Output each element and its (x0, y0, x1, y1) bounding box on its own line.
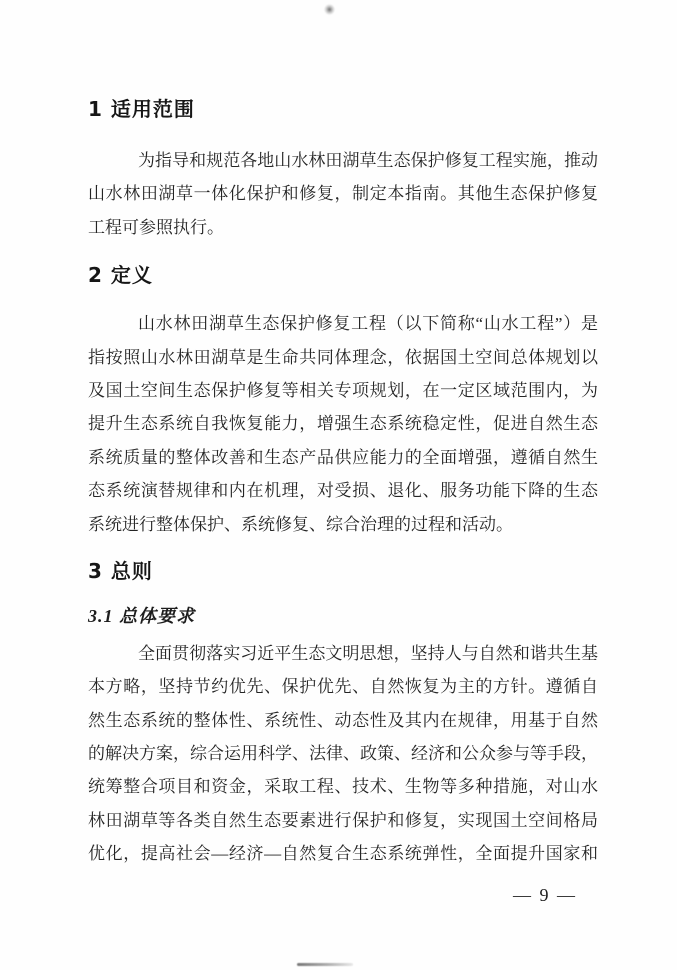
section-3-1-heading: 3.1 总体要求 (88, 603, 598, 629)
section-1-paragraph: 为指导和规范各地山水林田湖草生态保护修复工程实施，推动 山水林田湖草一体化保护和… (88, 144, 598, 244)
text-line: 统筹整合项目和资金，采取工程、技术、生物等多种措施，对山水 (88, 770, 598, 803)
section-1-heading: 1 适用范围 (88, 96, 598, 122)
text-line: 指按照山水林田湖草是生命共同体理念，依据国土空间总体规划以 (88, 341, 598, 374)
document-content: 1 适用范围 为指导和规范各地山水林田湖草生态保护修复工程实施，推动 山水林田湖… (88, 0, 598, 871)
text-line: 山水林田湖草生态保护修复工程（以下简称“山水工程”）是 (88, 307, 598, 340)
text-line: 优化，提高社会—经济—自然复合生态系统弹性，全面提升国家和 (88, 837, 598, 870)
text-line: 系统进行整体保护、系统修复、综合治理的过程和活动。 (88, 508, 598, 541)
text-line: 林田湖草等各类自然生态要素进行保护和修复，实现国土空间格局 (88, 804, 598, 837)
text-line: 及国土空间生态保护修复等相关专项规划，在一定区域范围内，为 (88, 374, 598, 407)
scan-line-artifact (297, 963, 353, 966)
scanned-document-page: 1 适用范围 为指导和规范各地山水林田湖草生态保护修复工程实施，推动 山水林田湖… (0, 0, 677, 970)
text-line: 的解决方案，综合运用科学、法律、政策、经济和公众参与等手段， (88, 737, 598, 770)
section-3-1-paragraph: 全面贯彻落实习近平生态文明思想，坚持人与自然和谐共生基 本方略，坚持节约优先、保… (88, 637, 598, 871)
text-line: 工程可参照执行。 (88, 211, 598, 244)
section-2-heading: 2 定义 (88, 262, 598, 288)
text-line: 为指导和规范各地山水林田湖草生态保护修复工程实施，推动 (88, 144, 598, 177)
section-3-heading: 3 总则 (88, 558, 598, 584)
section-2-paragraph: 山水林田湖草生态保护修复工程（以下简称“山水工程”）是 指按照山水林田湖草是生命… (88, 307, 598, 541)
text-line: 然生态系统的整体性、系统性、动态性及其内在规律，用基于自然 (88, 704, 598, 737)
page-number: — 9 — (513, 884, 577, 906)
text-line: 系统质量的整体改善和生态产品供应能力的全面增强，遵循自然生 (88, 441, 598, 474)
text-line: 全面贯彻落实习近平生态文明思想，坚持人与自然和谐共生基 (88, 637, 598, 670)
text-line: 山水林田湖草一体化保护和修复，制定本指南。其他生态保护修复 (88, 177, 598, 210)
text-line: 本方略，坚持节约优先、保护优先、自然恢复为主的方针。遵循自 (88, 670, 598, 703)
text-line: 提升生态系统自我恢复能力，增强生态系统稳定性，促进自然生态 (88, 407, 598, 440)
text-line: 态系统演替规律和内在机理，对受损、退化、服务功能下降的生态 (88, 474, 598, 507)
